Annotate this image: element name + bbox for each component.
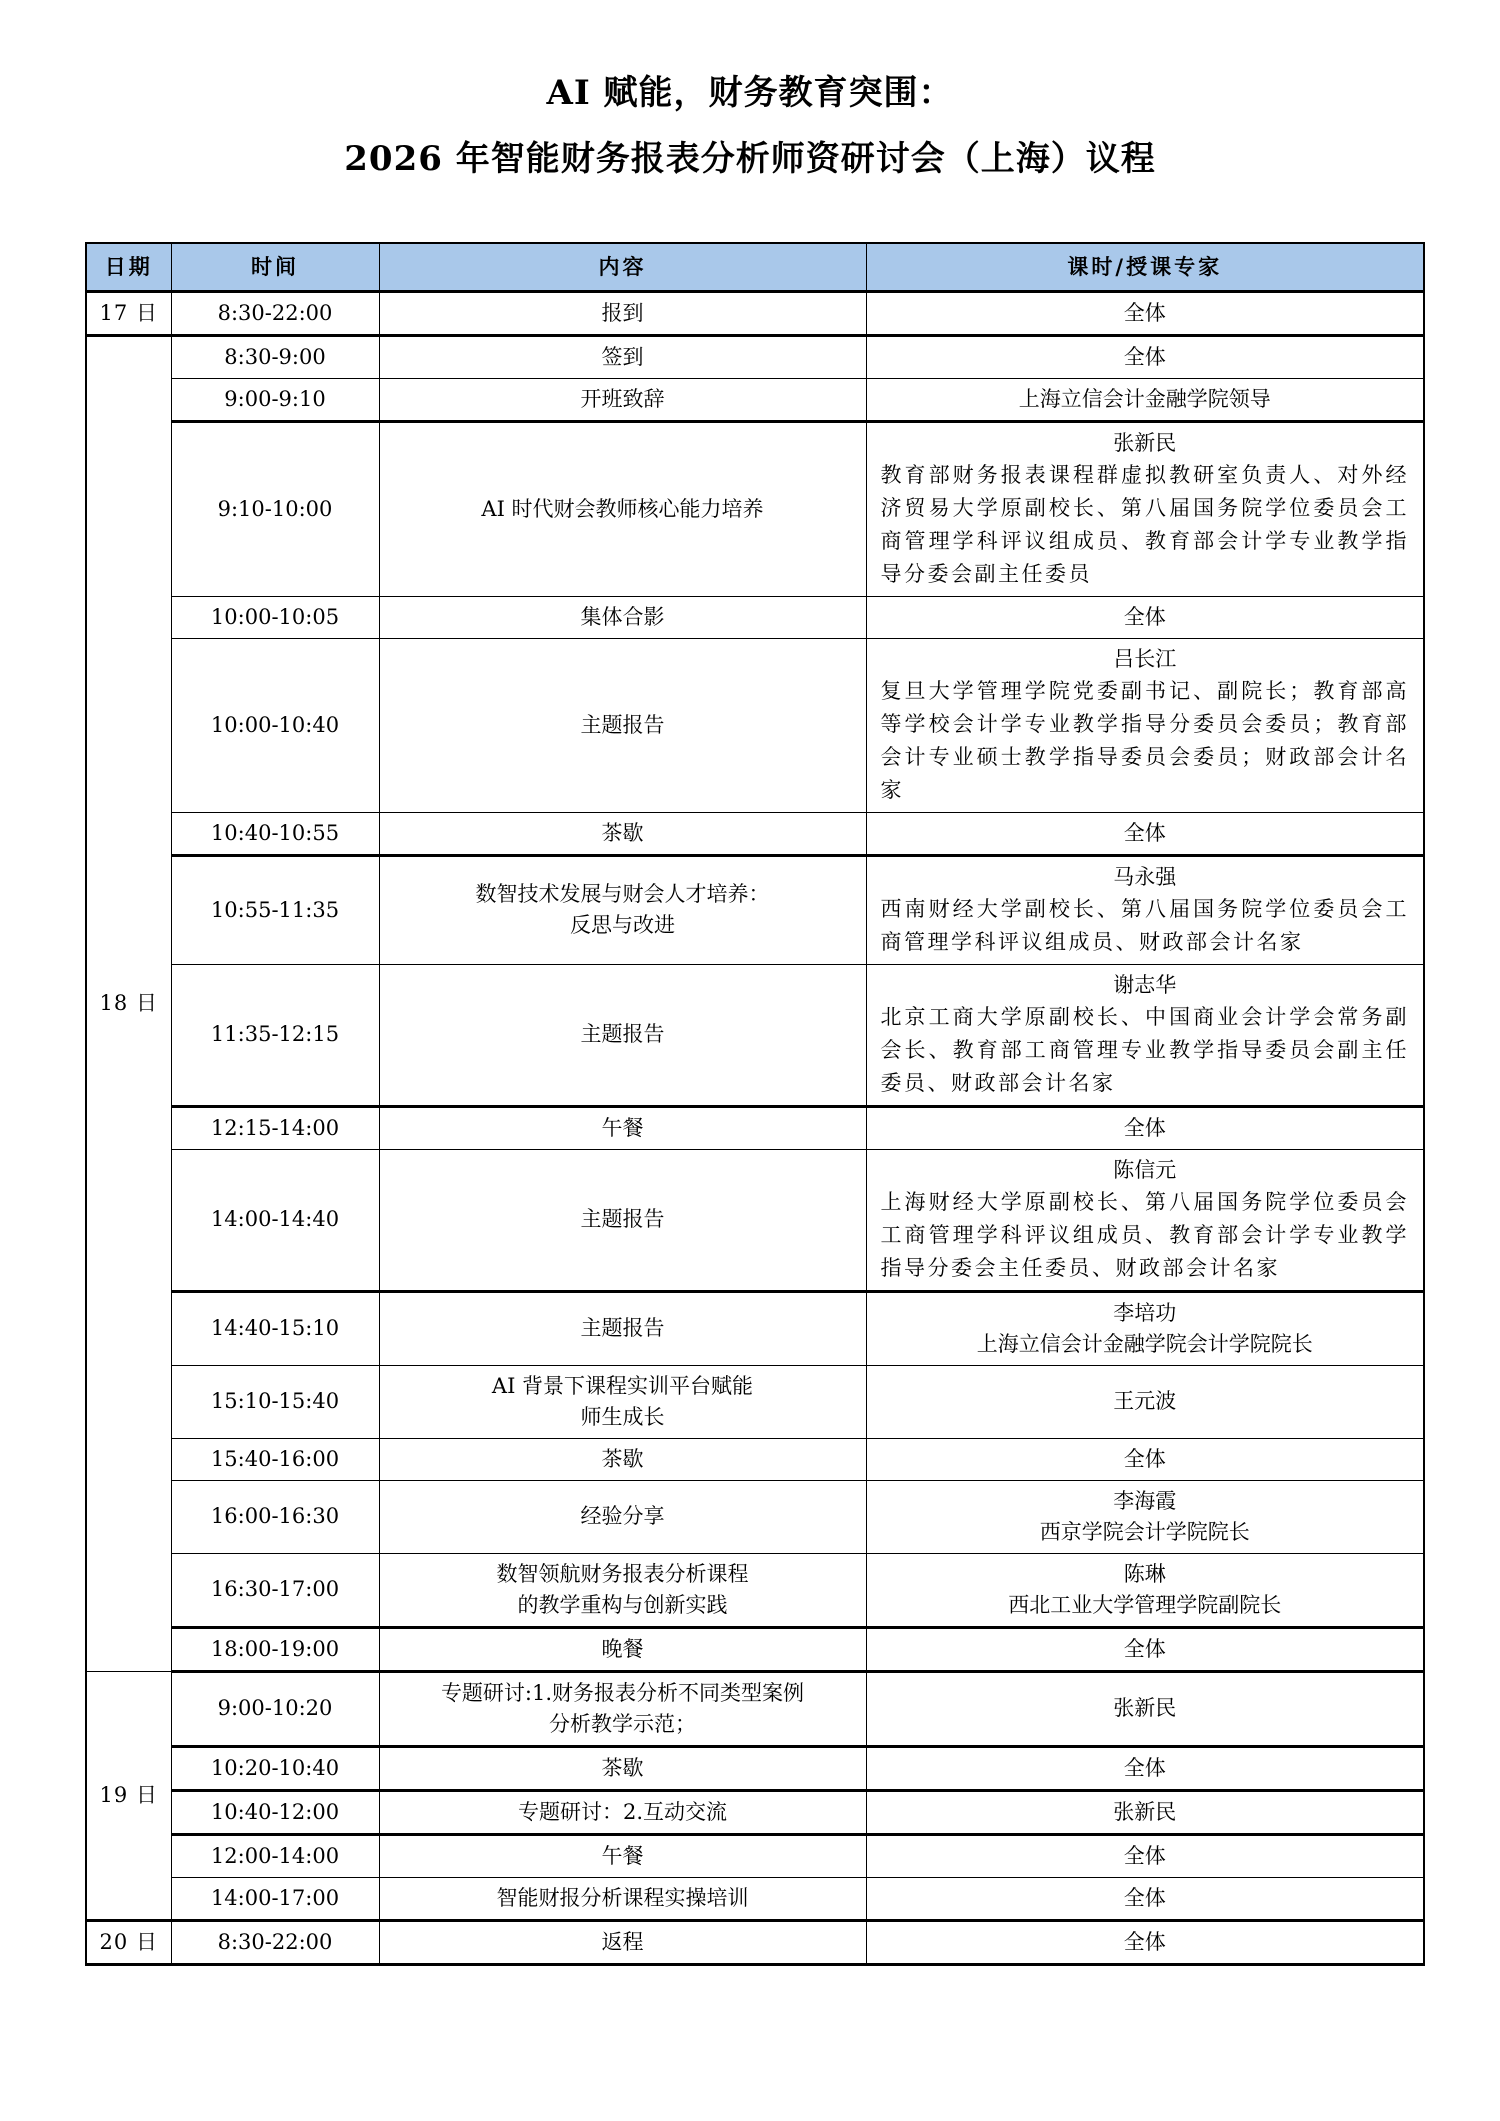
expert-cell: 全体: [866, 1438, 1424, 1480]
schedule-row: 10:00-10:40主题报告吕长江复旦大学管理学院党委副书记、副院长；教育部高…: [86, 638, 1424, 812]
time-cell: 11:35-12:15: [171, 964, 379, 1106]
schedule-row: 10:40-12:00专题研讨：2.互动交流张新民: [86, 1790, 1424, 1834]
expert-line: 张新民: [881, 1797, 1410, 1828]
schedule-row: 11:35-12:15主题报告谢志华北京工商大学原副校长、中国商业会计学会常务副…: [86, 964, 1424, 1106]
time-cell: 10:55-11:35: [171, 855, 379, 964]
date-cell: 18 日: [86, 335, 171, 1671]
schedule-row: 14:40-15:10主题报告李培功上海立信会计金融学院会计学院院长: [86, 1291, 1424, 1365]
title-line-1: AI 赋能，财务教育突围：: [0, 72, 1500, 114]
schedule-row: 18:00-19:00晚餐全体: [86, 1627, 1424, 1671]
content-line: 智能财报分析课程实操培训: [388, 1883, 858, 1914]
schedule-row: 12:15-14:00午餐全体: [86, 1106, 1424, 1149]
schedule-row: 16:30-17:00数智领航财务报表分析课程的教学重构与创新实践陈琳西北工业大…: [86, 1553, 1424, 1627]
expert-line: 全体: [881, 1841, 1410, 1872]
expert-cell: 谢志华北京工商大学原副校长、中国商业会计学会常务副会长、教育部工商管理专业教学指…: [866, 964, 1424, 1106]
expert-cell: 全体: [866, 1877, 1424, 1920]
time-cell: 14:40-15:10: [171, 1291, 379, 1365]
expert-line: 李培功: [881, 1298, 1410, 1329]
expert-line: 陈信元: [881, 1155, 1410, 1186]
content-line: 分析教学示范；: [388, 1709, 858, 1740]
expert-cell: 全体: [866, 1627, 1424, 1671]
expert-line: 全体: [881, 818, 1410, 849]
schedule-row: 9:00-9:10开班致辞上海立信会计金融学院领导: [86, 378, 1424, 421]
expert-line: 张新民: [881, 1693, 1410, 1724]
content-cell: 专题研讨:1.财务报表分析不同类型案例分析教学示范；: [379, 1671, 866, 1746]
expert-cell: 马永强西南财经大学副校长、第八届国务院学位委员会工商管理学科评议组成员、财政部会…: [866, 855, 1424, 964]
expert-line: 全体: [881, 1927, 1410, 1958]
expert-cell: 张新民: [866, 1790, 1424, 1834]
expert-line: 上海立信会计金融学院会计学院院长: [881, 1329, 1410, 1360]
content-line: 主题报告: [388, 710, 858, 741]
content-cell: 返程: [379, 1920, 866, 1964]
content-cell: AI 背景下课程实训平台赋能师生成长: [379, 1365, 866, 1438]
time-cell: 10:40-12:00: [171, 1790, 379, 1834]
expert-cell: 吕长江复旦大学管理学院党委副书记、副院长；教育部高等学校会计学专业教学指导分委员…: [866, 638, 1424, 812]
time-cell: 9:00-10:20: [171, 1671, 379, 1746]
content-line: 专题研讨：2.互动交流: [388, 1797, 858, 1828]
schedule-row: 10:20-10:40茶歇全体: [86, 1746, 1424, 1790]
content-line: 反思与改进: [388, 910, 858, 941]
time-cell: 10:00-10:40: [171, 638, 379, 812]
content-line: 经验分享: [388, 1501, 858, 1532]
content-cell: 签到: [379, 335, 866, 378]
schedule-row: 16:00-16:30经验分享李海霞西京学院会计学院院长: [86, 1480, 1424, 1553]
title-line-2: 2026 年智能财务报表分析师资研讨会（上海）议程: [0, 138, 1500, 180]
content-cell: 智能财报分析课程实操培训: [379, 1877, 866, 1920]
content-line: 茶歇: [388, 1444, 858, 1475]
date-cell: 20 日: [86, 1920, 171, 1964]
expert-line: 李海霞: [881, 1486, 1410, 1517]
expert-cell: 全体: [866, 335, 1424, 378]
content-line: AI 时代财会教师核心能力培养: [388, 494, 858, 525]
expert-line: 全体: [881, 602, 1410, 633]
header-expert: 课时/授课专家: [866, 243, 1424, 291]
content-cell: 经验分享: [379, 1480, 866, 1553]
expert-cell: 上海立信会计金融学院领导: [866, 378, 1424, 421]
expert-description: 复旦大学管理学院党委副书记、副院长；教育部高等学校会计学专业教学指导分委员会委员…: [881, 675, 1410, 807]
content-line: 开班致辞: [388, 384, 858, 415]
expert-cell: 全体: [866, 596, 1424, 638]
time-cell: 18:00-19:00: [171, 1627, 379, 1671]
content-line: 主题报告: [388, 1019, 858, 1050]
content-line: 数智领航财务报表分析课程: [388, 1559, 858, 1590]
schedule-row: 20 日8:30-22:00返程全体: [86, 1920, 1424, 1964]
expert-line: 全体: [881, 1634, 1410, 1665]
expert-line: 张新民: [881, 428, 1410, 459]
expert-line: 谢志华: [881, 970, 1410, 1001]
time-cell: 16:00-16:30: [171, 1480, 379, 1553]
content-line: 签到: [388, 342, 858, 373]
expert-cell: 全体: [866, 1746, 1424, 1790]
expert-line: 全体: [881, 1753, 1410, 1784]
expert-line: 全体: [881, 342, 1410, 373]
expert-cell: 全体: [866, 812, 1424, 855]
schedule-row: 15:40-16:00茶歇全体: [86, 1438, 1424, 1480]
time-cell: 8:30-22:00: [171, 291, 379, 335]
expert-line: 西京学院会计学院院长: [881, 1517, 1410, 1548]
time-cell: 12:15-14:00: [171, 1106, 379, 1149]
expert-cell: 李海霞西京学院会计学院院长: [866, 1480, 1424, 1553]
content-cell: 主题报告: [379, 638, 866, 812]
content-line: 午餐: [388, 1841, 858, 1872]
time-cell: 15:40-16:00: [171, 1438, 379, 1480]
time-cell: 8:30-22:00: [171, 1920, 379, 1964]
content-cell: 报到: [379, 291, 866, 335]
expert-cell: 全体: [866, 1106, 1424, 1149]
schedule-row: 17 日8:30-22:00报到全体: [86, 291, 1424, 335]
expert-cell: 全体: [866, 291, 1424, 335]
expert-cell: 王元波: [866, 1365, 1424, 1438]
expert-line: 王元波: [881, 1386, 1410, 1417]
content-cell: 茶歇: [379, 1438, 866, 1480]
expert-description: 西南财经大学副校长、第八届国务院学位委员会工商管理学科评议组成员、财政部会计名家: [881, 893, 1410, 959]
time-cell: 9:00-9:10: [171, 378, 379, 421]
content-line: AI 背景下课程实训平台赋能: [388, 1371, 858, 1402]
schedule-row: 14:00-17:00智能财报分析课程实操培训全体: [86, 1877, 1424, 1920]
content-cell: 主题报告: [379, 1291, 866, 1365]
content-line: 主题报告: [388, 1313, 858, 1344]
header-date: 日期: [86, 243, 171, 291]
content-cell: 数智技术发展与财会人才培养：反思与改进: [379, 855, 866, 964]
header-row: 日期 时间 内容 课时/授课专家: [86, 243, 1424, 291]
agenda-table: 日期 时间 内容 课时/授课专家 17 日8:30-22:00报到全体18 日8…: [85, 242, 1425, 1966]
content-line: 晚餐: [388, 1634, 858, 1665]
expert-description: 上海财经大学原副校长、第八届国务院学位委员会工商管理学科评议组成员、教育部会计学…: [881, 1186, 1410, 1285]
header-time: 时间: [171, 243, 379, 291]
expert-cell: 陈琳西北工业大学管理学院副院长: [866, 1553, 1424, 1627]
expert-cell: 李培功上海立信会计金融学院会计学院院长: [866, 1291, 1424, 1365]
content-line: 茶歇: [388, 1753, 858, 1784]
expert-line: 吕长江: [881, 644, 1410, 675]
schedule-row: 15:10-15:40AI 背景下课程实训平台赋能师生成长王元波: [86, 1365, 1424, 1438]
time-cell: 10:00-10:05: [171, 596, 379, 638]
expert-cell: 张新民教育部财务报表课程群虚拟教研室负责人、对外经济贸易大学原副校长、第八届国务…: [866, 421, 1424, 596]
schedule-row: 12:00-14:00午餐全体: [86, 1834, 1424, 1877]
content-cell: 主题报告: [379, 1149, 866, 1291]
time-cell: 10:40-10:55: [171, 812, 379, 855]
content-line: 师生成长: [388, 1402, 858, 1433]
time-cell: 12:00-14:00: [171, 1834, 379, 1877]
content-cell: 主题报告: [379, 964, 866, 1106]
schedule-row: 19 日9:00-10:20专题研讨:1.财务报表分析不同类型案例分析教学示范；…: [86, 1671, 1424, 1746]
content-line: 主题报告: [388, 1204, 858, 1235]
expert-line: 西北工业大学管理学院副院长: [881, 1590, 1410, 1621]
date-cell: 17 日: [86, 291, 171, 335]
header-content: 内容: [379, 243, 866, 291]
content-cell: 晚餐: [379, 1627, 866, 1671]
time-cell: 14:00-17:00: [171, 1877, 379, 1920]
schedule-row: 10:40-10:55茶歇全体: [86, 812, 1424, 855]
content-line: 午餐: [388, 1113, 858, 1144]
date-cell: 19 日: [86, 1671, 171, 1920]
content-cell: 开班致辞: [379, 378, 866, 421]
content-line: 的教学重构与创新实践: [388, 1590, 858, 1621]
schedule-row: 10:00-10:05集体合影全体: [86, 596, 1424, 638]
expert-line: 上海立信会计金融学院领导: [881, 384, 1410, 415]
document-title: AI 赋能，财务教育突围： 2026 年智能财务报表分析师资研讨会（上海）议程: [0, 0, 1500, 180]
expert-line: 马永强: [881, 862, 1410, 893]
expert-cell: 张新民: [866, 1671, 1424, 1746]
content-line: 返程: [388, 1927, 858, 1958]
expert-description: 教育部财务报表课程群虚拟教研室负责人、对外经济贸易大学原副校长、第八届国务院学位…: [881, 459, 1410, 591]
expert-line: 全体: [881, 1444, 1410, 1475]
schedule-row: 9:10-10:00AI 时代财会教师核心能力培养张新民教育部财务报表课程群虚拟…: [86, 421, 1424, 596]
expert-line: 陈琳: [881, 1559, 1410, 1590]
content-cell: 专题研讨：2.互动交流: [379, 1790, 866, 1834]
content-line: 集体合影: [388, 602, 858, 633]
content-cell: 茶歇: [379, 812, 866, 855]
expert-cell: 全体: [866, 1920, 1424, 1964]
content-cell: 数智领航财务报表分析课程的教学重构与创新实践: [379, 1553, 866, 1627]
time-cell: 8:30-9:00: [171, 335, 379, 378]
content-line: 专题研讨:1.财务报表分析不同类型案例: [388, 1678, 858, 1709]
time-cell: 16:30-17:00: [171, 1553, 379, 1627]
content-cell: 午餐: [379, 1834, 866, 1877]
schedule-row: 14:00-14:40主题报告陈信元上海财经大学原副校长、第八届国务院学位委员会…: [86, 1149, 1424, 1291]
content-cell: AI 时代财会教师核心能力培养: [379, 421, 866, 596]
expert-line: 全体: [881, 1883, 1410, 1914]
content-cell: 午餐: [379, 1106, 866, 1149]
time-cell: 9:10-10:00: [171, 421, 379, 596]
schedule-row: 18 日8:30-9:00签到全体: [86, 335, 1424, 378]
content-line: 报到: [388, 298, 858, 329]
time-cell: 14:00-14:40: [171, 1149, 379, 1291]
content-cell: 茶歇: [379, 1746, 866, 1790]
time-cell: 10:20-10:40: [171, 1746, 379, 1790]
expert-line: 全体: [881, 298, 1410, 329]
expert-line: 全体: [881, 1113, 1410, 1144]
content-cell: 集体合影: [379, 596, 866, 638]
content-line: 数智技术发展与财会人才培养：: [388, 879, 858, 910]
schedule-row: 10:55-11:35数智技术发展与财会人才培养：反思与改进马永强西南财经大学副…: [86, 855, 1424, 964]
schedule-body: 17 日8:30-22:00报到全体18 日8:30-9:00签到全体9:00-…: [86, 291, 1424, 1964]
expert-cell: 全体: [866, 1834, 1424, 1877]
expert-description: 北京工商大学原副校长、中国商业会计学会常务副会长、教育部工商管理专业教学指导委员…: [881, 1001, 1410, 1100]
time-cell: 15:10-15:40: [171, 1365, 379, 1438]
expert-cell: 陈信元上海财经大学原副校长、第八届国务院学位委员会工商管理学科评议组成员、教育部…: [866, 1149, 1424, 1291]
content-line: 茶歇: [388, 818, 858, 849]
